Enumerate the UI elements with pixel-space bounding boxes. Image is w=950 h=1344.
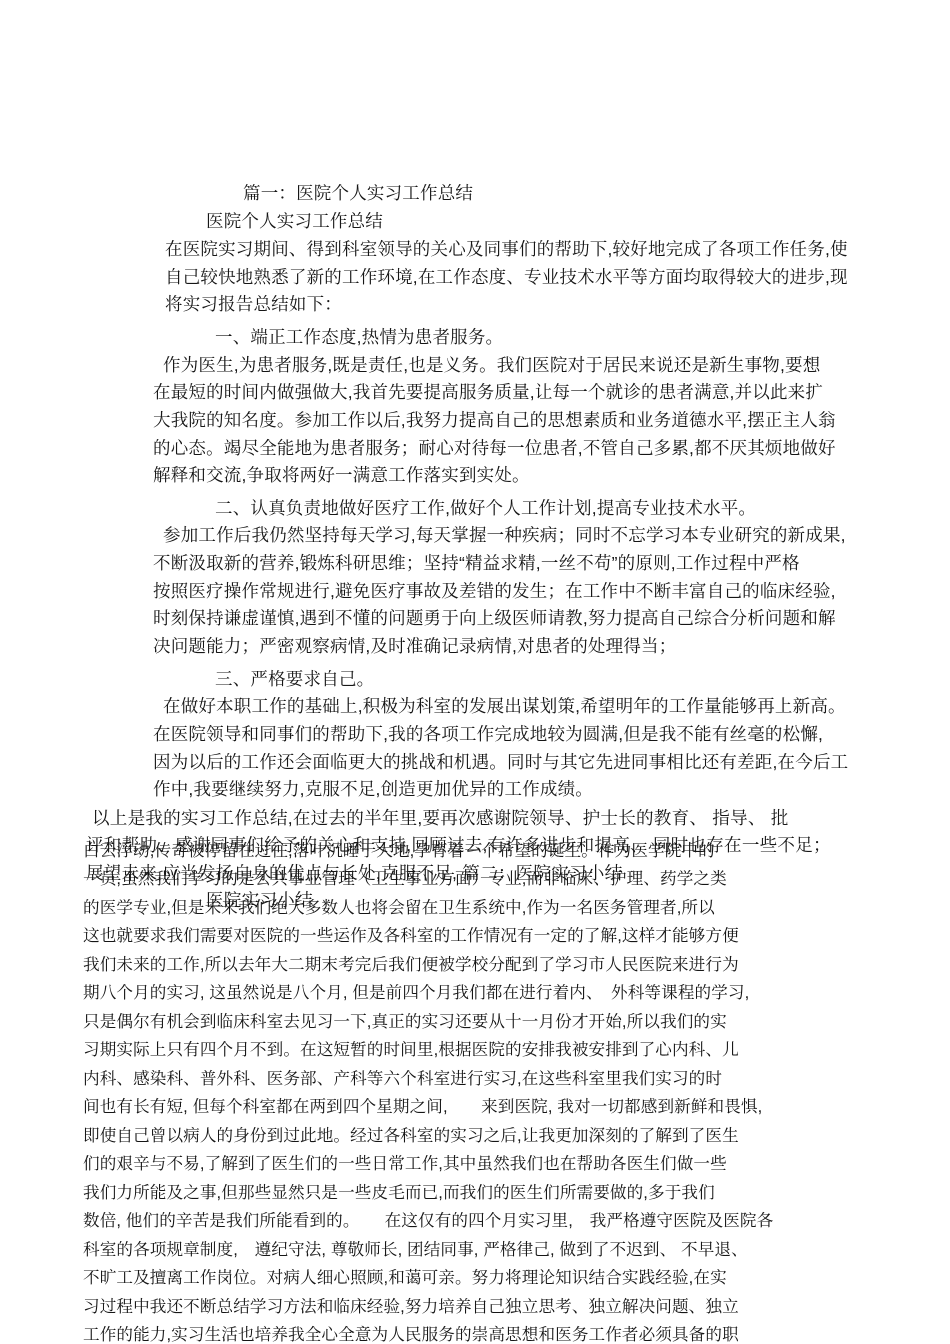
doc-line-overlap-b: 工作的能力,实习生活也培养我全心全意为人民服务的崇高思想和医务工作者必须具备的职 xyxy=(83,1327,739,1344)
doc-line-overlap-b: 期八个月的实习, 这虽然说是八个月, 但是前四个月我们都在进行着内、 外科等课程… xyxy=(83,985,749,1002)
doc-line-overlap-b: 们的艰辛与不易,了解到了医生们的一些日常工作,其中虽然我们也在帮助各医生们做一些 xyxy=(83,1156,727,1173)
doc-line: 解释和交流,争取将两好一满意工作落实到实处。 xyxy=(153,467,530,485)
doc-line-overlap-b: 间也有长有短, 但每个科室都在两到四个星期之间, 来到医院, 我对一切都感到新鲜… xyxy=(83,1099,762,1116)
doc-line: 参加工作后我仍然坚持每天学习,每天掌握一种疾病；同时不忘学习本专业研究的新成果, xyxy=(163,527,846,545)
doc-line-overlap-a: 以上是我的实习工作总结,在过去的半年里,要再次感谢院领导、护士长的教育、 指导、… xyxy=(92,810,789,828)
doc-line-overlap-b: 只是偶尔有机会到临床科室去见习一下,真正的实习还要从十一月份才开始,所以我们的实 xyxy=(83,1014,727,1031)
doc-line: 三、严格要求自己。 xyxy=(215,671,374,689)
doc-line: 自己较快地熟悉了新的工作环境,在工作态度、专业技术水平等方面均取得较大的进步,现 xyxy=(165,269,848,287)
doc-line-overlap-b: 数倍, 他们的辛苦是我们所能看到的。 在这仅有的四个月实习里, 我严格遵守医院及… xyxy=(83,1213,773,1230)
doc-line-overlap-b: 不旷工及擅离工作岗位。对病人细心照顾,和蔼可亲。努力将理论知识结合实践经验,在实 xyxy=(83,1270,727,1287)
doc-line-overlap-b: 白云浮动,传奇被停留在过往,落叶沉睡于大地,孕育着一个希望的诞生。作为医学院中的 xyxy=(83,843,715,860)
document-page: 篇一：医院个人实习工作总结 医院个人实习工作总结 在医院实习期间、得到科室领导的… xyxy=(0,0,950,1344)
doc-line: 不断汲取新的营养,锻炼科研思维；坚持“精益求精,一丝不苟”的原则,工作过程中严格 xyxy=(153,555,800,573)
doc-line-overlap-b: 我们未来的工作,所以去年大二期末考完后我们便被学校分配到了学习市人民医院来进行为 xyxy=(83,957,739,974)
doc-line: 在医院实习期间、得到科室领导的关心及同事们的帮助下,较好地完成了各项工作任务,使 xyxy=(165,241,848,259)
doc-line: 的心态。竭尽全能地为患者服务；耐心对待每一位患者,不管自己多累,都不厌其烦地做好 xyxy=(153,440,836,458)
doc-line: 时刻保持谦虚谨慎,遇到不懂的问题勇于向上级医师请教,努力提高自己综合分析问题和解 xyxy=(153,610,836,628)
part1-subtitle: 医院个人实习工作总结 xyxy=(206,213,383,231)
doc-line-overlap-b: 习期实际上只有四个月不到。在这短暂的时间里,根据医院的安排我被安排到了心内科、儿 xyxy=(83,1042,739,1059)
doc-line-overlap-b: 这也就要求我们需要对医院的一些运作及各科室的工作情况有一定的了解,这样才能够方便 xyxy=(83,928,739,945)
doc-line-overlap-b: 科室的各项规章制度, 遵纪守法, 尊敬师长, 团结同事, 严格律己, 做到了不迟… xyxy=(83,1242,748,1259)
doc-line-overlap-b: 习过程中我还不断总结学习方法和临床经验,努力培养自己独立思考、独立解决问题、独立 xyxy=(83,1299,739,1316)
doc-line: 决问题能力；严密观察病情,及时准确记录病情,对患者的处理得当； xyxy=(153,638,676,656)
doc-line-overlap-b: 一员,虽然我们学习的是公共事业管理（卫生事业方面）专业,而非临床、护理、药学之类 xyxy=(83,871,727,888)
doc-line: 将实习报告总结如下： xyxy=(165,296,342,314)
doc-line: 因为以后的工作还会面临更大的挑战和机遇。同时与其它先进同事相比还有差距,在今后工 xyxy=(153,754,848,772)
doc-line-overlap-b: 即使自己曾以病人的身份到过此地。经过各科室的实习之后,让我更加深刻的了解到了医生 xyxy=(83,1128,739,1145)
doc-line: 在医院领导和同事们的帮助下,我的各项工作完成地较为圆满,但是我不能有丝毫的松懈, xyxy=(153,726,823,744)
doc-line-overlap-b: 内科、感染科、普外科、医务部、产科等六个科室进行实习,在这些科室里我们实习的时 xyxy=(83,1071,722,1088)
doc-line: 在最短的时间内做强做大,我首先要提高服务质量,让每一个就诊的患者满意,并以此来扩 xyxy=(153,384,823,402)
doc-line: 作中,我要继续努力,克服不足,创造更加优异的工作成绩。 xyxy=(153,781,593,799)
doc-line: 一、端正工作态度,热情为患者服务。 xyxy=(215,329,503,347)
doc-line: 在做好本职工作的基础上,积极为科室的发展出谋划策,希望明年的工作量能够再上新高。 xyxy=(163,698,846,716)
doc-line: 作为医生,为患者服务,既是责任,也是义务。我们医院对于居民来说还是新生事物,要想 xyxy=(163,357,820,375)
doc-line: 二、认真负责地做好医疗工作,做好个人工作计划,提高专业技术水平。 xyxy=(215,500,756,518)
doc-line-overlap-b: 的医学专业,但是未来我们绝大多数人也将会留在卫生系统中,作为一名医务管理者,所以 xyxy=(83,900,715,917)
doc-line-overlap-b: 我们力所能及之事,但那些显然只是一些皮毛而已,而我们的医生们所需要做的,多于我们 xyxy=(83,1185,715,1202)
doc-line: 大我院的知名度。参加工作以后,我努力提高自己的思想素质和业务道德水平,摆正主人翁 xyxy=(153,412,836,430)
part1-title: 篇一：医院个人实习工作总结 xyxy=(243,185,473,203)
doc-line: 按照医疗操作常规进行,避免医疗事故及差错的发生；在工作中不断丰富自己的临床经验, xyxy=(153,583,836,601)
